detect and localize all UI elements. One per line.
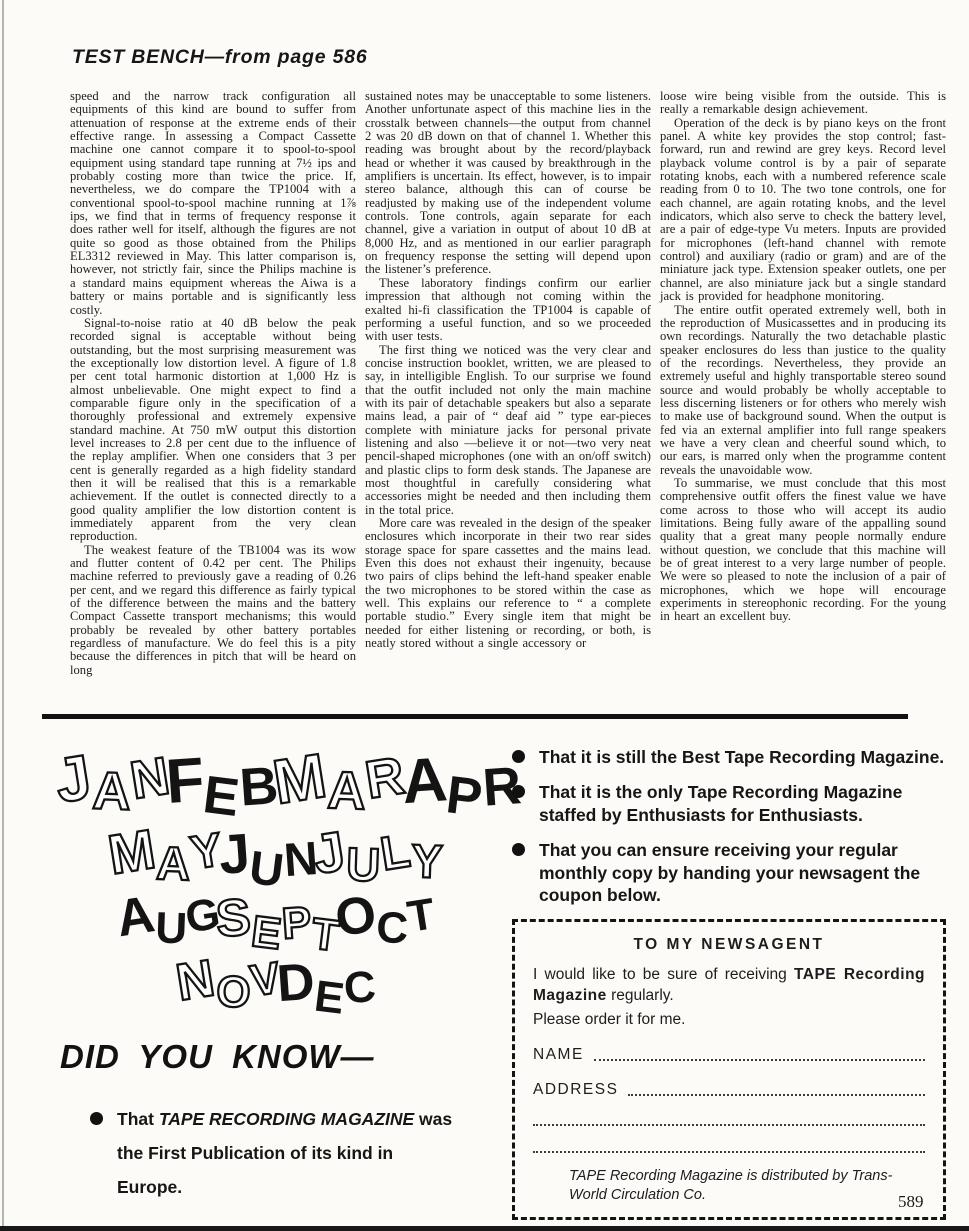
paragraph: To summarise, we must conclude that this… — [660, 477, 946, 624]
newsagent-coupon: TO MY NEWSAGENT I would like to be sure … — [512, 919, 946, 1220]
did-you-know-heading: DID YOU KNOW— — [60, 1038, 494, 1076]
months-row: NOVDEC — [58, 960, 494, 1012]
promo-left-panel: JANFEBMARAPR MAYJUNJULY AUGSEPTOCT NOVDE… — [58, 726, 494, 1204]
month-word-july: JULY — [313, 825, 445, 887]
magazine-page: TEST BENCH—from page 586 speed and the n… — [0, 0, 969, 1231]
bullet-icon — [512, 843, 525, 856]
scan-edge-left — [2, 0, 4, 1231]
article-body: speed and the narrow track configuration… — [70, 90, 948, 677]
month-word-jan: JAN — [54, 749, 171, 817]
claim-text: That it is the only Tape Recording Magaz… — [539, 781, 946, 826]
paragraph: These laboratory findings confirm our ea… — [365, 277, 651, 344]
claim-text: That it is still the Best Tape Recording… — [539, 746, 944, 768]
month-word-nov: NOV — [175, 957, 282, 1014]
address-dotted-line-3 — [533, 1150, 925, 1153]
bullet-text: That TAPE RECORDING MAGAZINE was the Fir… — [117, 1102, 462, 1204]
section-divider-rule — [42, 714, 908, 719]
bullet-item: That it is the only Tape Recording Magaz… — [512, 781, 946, 826]
paragraph: Signal-to-noise ratio at 40 dB below the… — [70, 317, 356, 544]
months-row: MAYJUNJULY — [58, 829, 494, 884]
month-word-mar: MAR — [273, 749, 408, 818]
bullet-icon — [512, 750, 525, 763]
bullet-icon — [90, 1112, 103, 1125]
page-title: TEST BENCH—from page 586 — [72, 46, 368, 69]
paragraph: loose wire being visible from the outsid… — [660, 90, 946, 117]
bullet-item: That you can ensure receiving your regul… — [512, 839, 946, 906]
paragraph: The weakest feature of the TB1004 was it… — [70, 544, 356, 677]
paragraph: Operation of the deck is by piano keys o… — [660, 117, 946, 304]
page-number: 589 — [898, 1192, 924, 1212]
bullet-icon — [512, 785, 525, 798]
article-column-1: speed and the narrow track configuration… — [70, 90, 356, 677]
address-dotted-line — [628, 1094, 925, 1096]
paragraph: The first thing we noticed was the very … — [365, 344, 651, 517]
coupon-title: TO MY NEWSAGENT — [533, 936, 925, 954]
coupon-intro-pre: I would like to be sure of receiving — [533, 966, 794, 983]
paragraph: More care was revealed in the design of … — [365, 517, 651, 650]
month-word-jun: JUN — [218, 832, 319, 891]
coupon-intro-post: regularly. — [607, 987, 674, 1004]
claim-text: That you can ensure receiving your regul… — [539, 839, 946, 906]
paragraph: speed and the narrow track configuration… — [70, 90, 356, 317]
article-column-3: loose wire being visible from the outsid… — [660, 90, 946, 677]
months-row: AUGSEPTOCT — [58, 896, 494, 948]
month-word-dec: DEC — [276, 963, 376, 1018]
month-word-aug: AUG — [115, 893, 221, 950]
month-word-apr: APR — [401, 755, 522, 822]
magazine-name: TAPE RECORDING MAGAZINE — [159, 1109, 414, 1129]
coupon-footer: TAPE Recording Magazine is distributed b… — [569, 1167, 929, 1205]
bullet-item: That TAPE RECORDING MAGAZINE was the Fir… — [90, 1102, 462, 1204]
promo-right-panel: That it is still the Best Tape Recording… — [512, 746, 946, 1220]
paragraph: The entire outfit operated extremely wel… — [660, 304, 946, 477]
paragraph: sustained notes may be unacceptable to s… — [365, 90, 651, 277]
month-word-feb: FEB — [165, 755, 279, 821]
bullet-text-pre: That — [117, 1109, 159, 1129]
bullet-item: That it is still the Best Tape Recording… — [512, 746, 946, 768]
name-dotted-line — [594, 1059, 925, 1061]
months-row: JANFEBMARAPR — [58, 752, 494, 815]
months-artwork: JANFEBMARAPR MAYJUNJULY AUGSEPTOCT NOVDE… — [58, 752, 494, 1012]
month-word-sept: SEPT — [215, 899, 341, 955]
month-word-oct: OCT — [335, 893, 437, 950]
coupon-intro: I would like to be sure of receiving TAP… — [533, 965, 925, 1007]
address-field-label: ADDRESS — [533, 1081, 618, 1099]
address-field: ADDRESS — [533, 1081, 925, 1099]
article-column-2: sustained notes may be unacceptable to s… — [365, 90, 651, 677]
name-field-label: NAME — [533, 1046, 584, 1064]
name-field: NAME — [533, 1046, 925, 1064]
scan-edge-bottom — [0, 1226, 969, 1231]
coupon-instruction: Please order it for me. — [533, 1011, 925, 1029]
address-dotted-line-2 — [533, 1123, 925, 1126]
month-word-may: MAY — [108, 826, 225, 887]
